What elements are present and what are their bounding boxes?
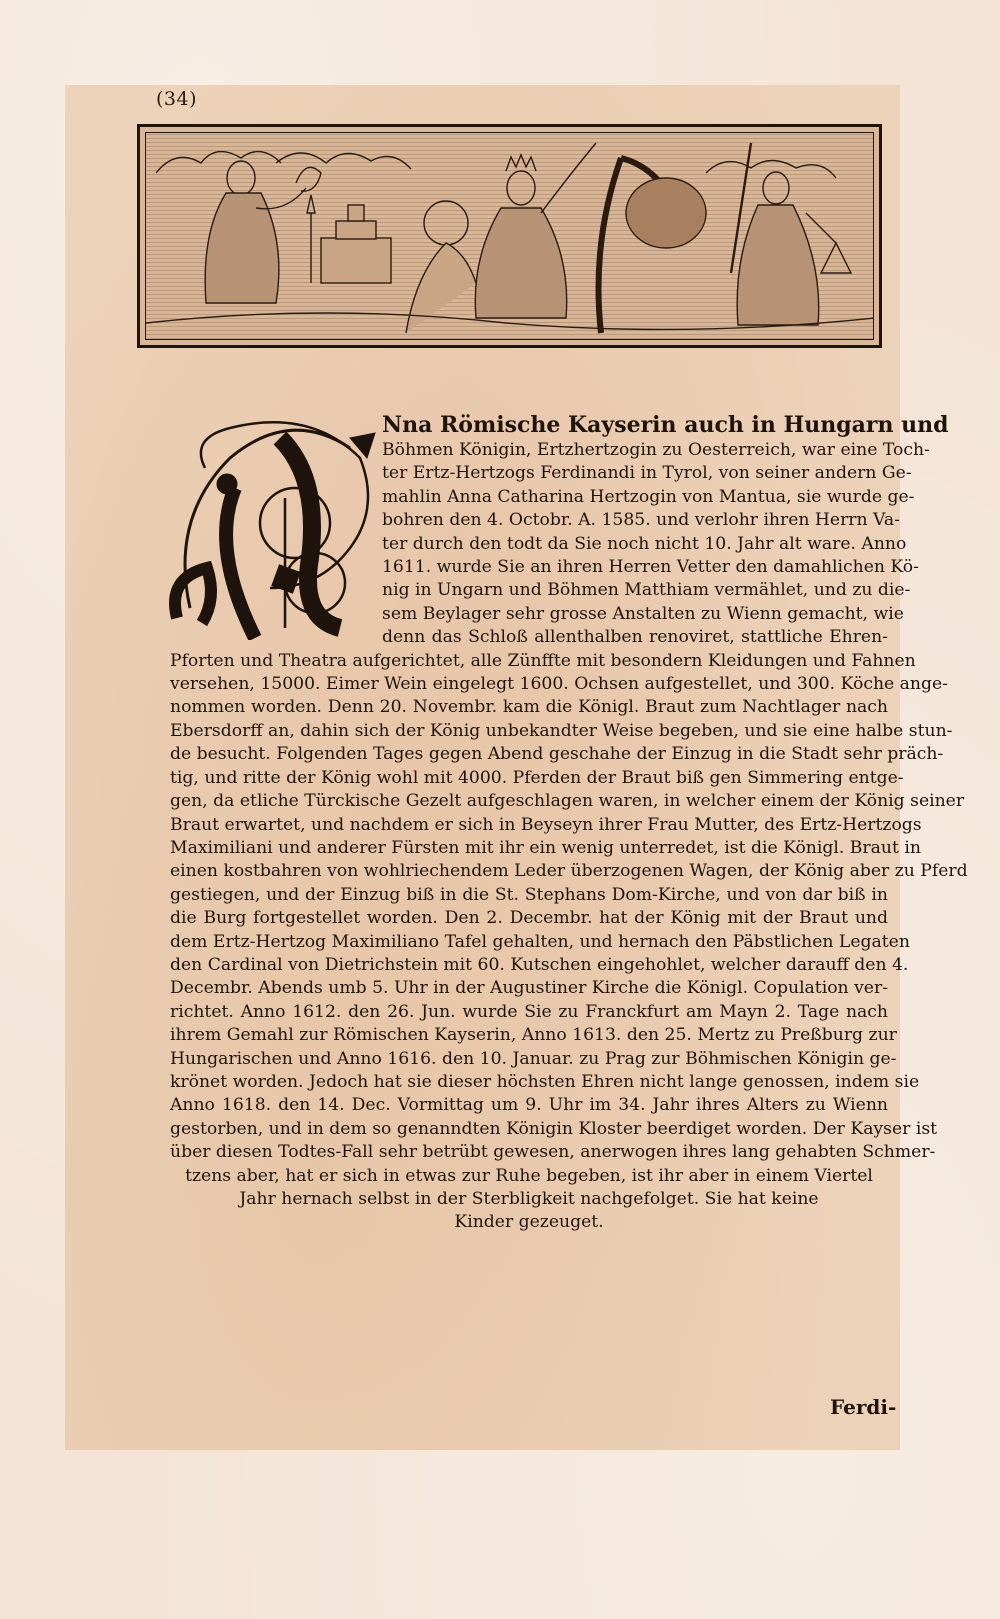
text-line: Hungarischen und Anno 1616. den 10. Janu…	[170, 1048, 888, 1071]
woodcut-frame	[145, 132, 874, 340]
text-line: Kinder gezeuget.	[170, 1211, 888, 1234]
text-line: Nna Römische Kayserin auch in Hungarn un…	[170, 412, 888, 439]
page-number: (34)	[156, 88, 197, 110]
text-line: nig in Ungarn und Böhmen Matthiam vermäh…	[170, 579, 888, 602]
text-line: die Burg fortgestellet worden. Den 2. De…	[170, 907, 888, 930]
text-line: 1611. wurde Sie an ihren Herren Vetter d…	[170, 556, 888, 579]
text-line: ter durch den todt da Sie noch nicht 10.…	[170, 533, 888, 556]
text-line: bohren den 4. Octobr. A. 1585. und verlo…	[170, 509, 888, 532]
catchword: Ferdi-	[830, 1395, 896, 1419]
text-line: versehen, 15000. Eimer Wein eingelegt 16…	[170, 673, 888, 696]
text-line: tig, und ritte der König wohl mit 4000. …	[170, 767, 888, 790]
text-line: Ebersdorff an, dahin sich der König unbe…	[170, 720, 888, 743]
biography-paragraph: Nna Römische Kayserin auch in Hungarn un…	[170, 412, 888, 1235]
text-line: sem Beylager sehr grosse Anstalten zu Wi…	[170, 603, 888, 626]
text-line: ter Ertz-Hertzogs Ferdinandi in Tyrol, v…	[170, 462, 888, 485]
text-line: dem Ertz-Hertzog Maximiliano Tafel gehal…	[170, 931, 888, 954]
text-line: Jahr hernach selbst in der Sterbligkeit …	[170, 1188, 888, 1211]
text-line: nommen worden. Denn 20. Novembr. kam die…	[170, 696, 888, 719]
text-line: krönet worden. Jedoch hat sie dieser höc…	[170, 1071, 888, 1094]
text-line: Maximiliani und anderer Fürsten mit ihr …	[170, 837, 888, 860]
text-line: Anno 1618. den 14. Dec. Vormittag um 9. …	[170, 1094, 888, 1117]
text-line: de besucht. Folgenden Tages gegen Abend …	[170, 743, 888, 766]
text-line: mahlin Anna Catharina Hertzogin von Mant…	[170, 486, 888, 509]
text-line: ihrem Gemahl zur Römischen Kayserin, Ann…	[170, 1024, 888, 1047]
text-line: richtet. Anno 1612. den 26. Jun. wurde S…	[170, 1001, 888, 1024]
text-line: den Cardinal von Dietrichstein mit 60. K…	[170, 954, 888, 977]
woodcut-illustration	[137, 124, 882, 348]
text-line: gestorben, und in dem so genanndten Köni…	[170, 1118, 888, 1141]
text-line: einen kostbahren von wohlriechendem Lede…	[170, 860, 888, 883]
allegory-woodcut-icon	[146, 133, 874, 340]
text-line: Decembr. Abends umb 5. Uhr in der August…	[170, 977, 888, 1000]
text-line: über diesen Todtes-Fall sehr betrübt gew…	[170, 1141, 888, 1164]
text-line: denn das Schloß allenthalben renoviret, …	[170, 626, 888, 649]
text-line: tzens aber, hat er sich in etwas zur Ruh…	[170, 1165, 888, 1188]
text-line: Braut erwartet, und nachdem er sich in B…	[170, 814, 888, 837]
text-line: Böhmen Königin, Ertzhertzogin zu Oesterr…	[170, 439, 888, 462]
text-line: gestiegen, und der Einzug biß in die St.…	[170, 884, 888, 907]
text-line: gen, da etliche Türckische Gezelt aufges…	[170, 790, 888, 813]
text-line: Pforten und Theatra aufgerichtet, alle Z…	[170, 650, 888, 673]
